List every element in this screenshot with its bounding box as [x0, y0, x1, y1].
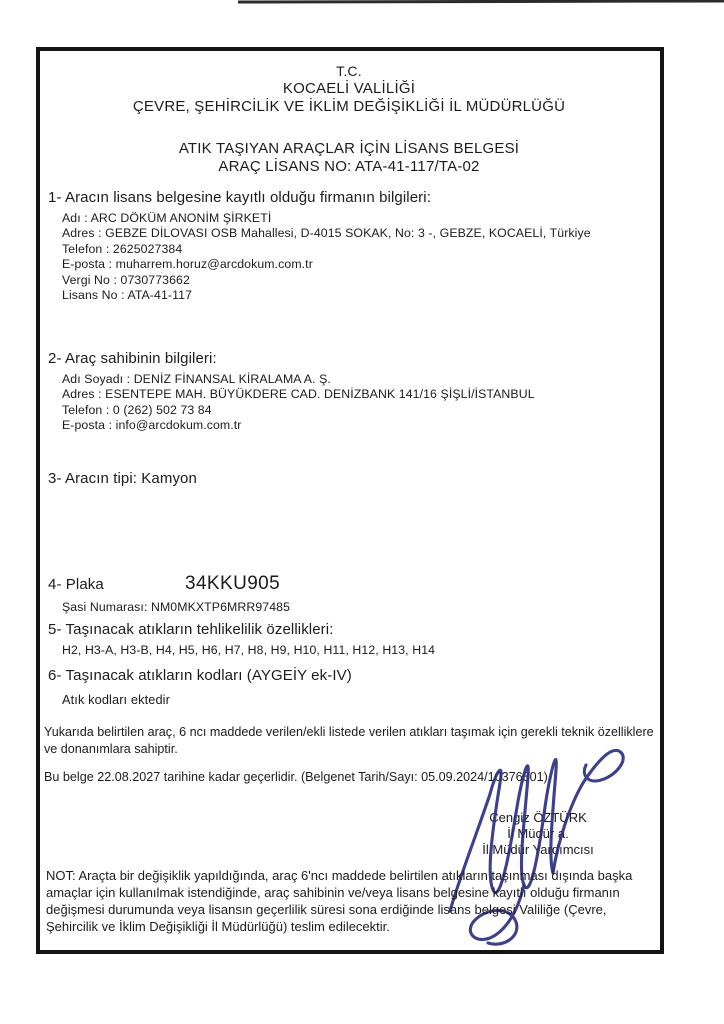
header-spacer	[36, 116, 662, 140]
section-company-info: 1- Aracın lisans belgesine kayıtlı olduğ…	[48, 189, 648, 303]
section-2-heading: 2- Araç sahibinin bilgileri:	[48, 350, 648, 367]
company-email: E-posta : muharrem.horuz@arcdokum.com.tr	[62, 257, 648, 272]
waste-codes-attachment-note: Atık kodları ektedir	[62, 692, 648, 707]
section-6-heading: 6- Taşınacak atıkların kodları (AYGEİY e…	[48, 667, 648, 684]
section-waste-codes: 6- Taşınacak atıkların kodları (AYGEİY e…	[48, 667, 648, 707]
signature-block: Cengiz ÖZTÜRK İl Müdür a. İl Müdür Yardı…	[438, 810, 638, 858]
signer-title-2: İl Müdür Yardımcısı	[438, 842, 638, 858]
section-3-heading: 3- Aracın tipi: Kamyon	[48, 470, 648, 487]
plate-number: 34KKU905	[185, 573, 280, 595]
hazard-codes: H2, H3-A, H3-B, H4, H5, H6, H7, H8, H9, …	[62, 643, 648, 658]
note-paragraph: NOT: Araçta bir değişiklik yapıldığında,…	[46, 867, 662, 935]
section-owner-info: 2- Araç sahibinin bilgileri: Adı Soyadı …	[48, 350, 648, 434]
company-phone: Telefon : 2625027384	[62, 242, 648, 257]
header-tc: T.C.	[36, 62, 662, 80]
owner-phone: Telefon : 0 (262) 502 73 84	[62, 403, 648, 418]
owner-address: Adres : ESENTEPE MAH. BÜYÜKDERE CAD. DEN…	[62, 387, 648, 402]
section-1-heading: 1- Aracın lisans belgesine kayıtlı olduğ…	[48, 189, 648, 206]
plate-label: 4- Plaka	[48, 576, 104, 593]
chassis-number: Şasi Numarası: NM0MKXTP6MRR97485	[62, 600, 648, 615]
compliance-paragraph: Yukarıda belirtilen araç, 6 ncı maddede …	[44, 724, 658, 757]
section-4-details: Şasi Numarası: NM0MKXTP6MRR97485	[62, 600, 648, 615]
section-hazard-properties: 5- Taşınacak atıkların tehlikelilik özel…	[48, 621, 648, 658]
section-1-details: Adı : ARC DÖKÜM ANONİM ŞİRKETİ Adres : G…	[62, 211, 648, 303]
vehicle-license-no: ARAÇ LİSANS NO: ATA-41-117/TA-02	[36, 158, 662, 176]
scanned-license-document-page: T.C. KOCAELİ VALİLİĞİ ÇEVRE, ŞEHİRCİLİK …	[0, 0, 724, 1024]
signer-title-1: İl Müdür a.	[438, 826, 638, 842]
section-plate: 4- Plaka 34KKU905 Şasi Numarası: NM0MKXT…	[48, 576, 648, 615]
document-header: T.C. KOCAELİ VALİLİĞİ ÇEVRE, ŞEHİRCİLİK …	[36, 62, 662, 176]
section-vehicle-type: 3- Aracın tipi: Kamyon	[48, 470, 648, 487]
company-tax-no: Vergi No : 0730773662	[62, 273, 648, 288]
header-directorate: ÇEVRE, ŞEHİRCİLİK VE İKLİM DEĞİŞİKLİĞİ İ…	[36, 98, 662, 116]
owner-email: E-posta : info@arcdokum.com.tr	[62, 418, 648, 433]
document-title: ATIK TAŞIYAN ARAÇLAR İÇİN LİSANS BELGESİ	[36, 140, 662, 158]
signer-name: Cengiz ÖZTÜRK	[438, 810, 638, 826]
section-4-heading-row: 4- Plaka 34KKU905	[48, 576, 648, 593]
scan-artifact-line	[238, 0, 724, 4]
section-2-details: Adı Soyadı : DENİZ FİNANSAL KİRALAMA A. …	[62, 372, 648, 434]
company-address: Adres : GEBZE DİLOVASI OSB Mahallesi, D-…	[62, 226, 648, 241]
company-license-no: Lisans No : ATA-41-117	[62, 288, 648, 303]
owner-name: Adı Soyadı : DENİZ FİNANSAL KİRALAMA A. …	[62, 372, 648, 387]
header-governorship: KOCAELİ VALİLİĞİ	[36, 80, 662, 98]
validity-paragraph: Bu belge 22.08.2027 tarihine kadar geçer…	[44, 769, 658, 786]
company-name: Adı : ARC DÖKÜM ANONİM ŞİRKETİ	[62, 211, 648, 226]
section-6-details: Atık kodları ektedir	[62, 692, 648, 707]
section-5-details: H2, H3-A, H3-B, H4, H5, H6, H7, H8, H9, …	[62, 643, 648, 658]
section-5-heading: 5- Taşınacak atıkların tehlikelilik özel…	[48, 621, 648, 638]
